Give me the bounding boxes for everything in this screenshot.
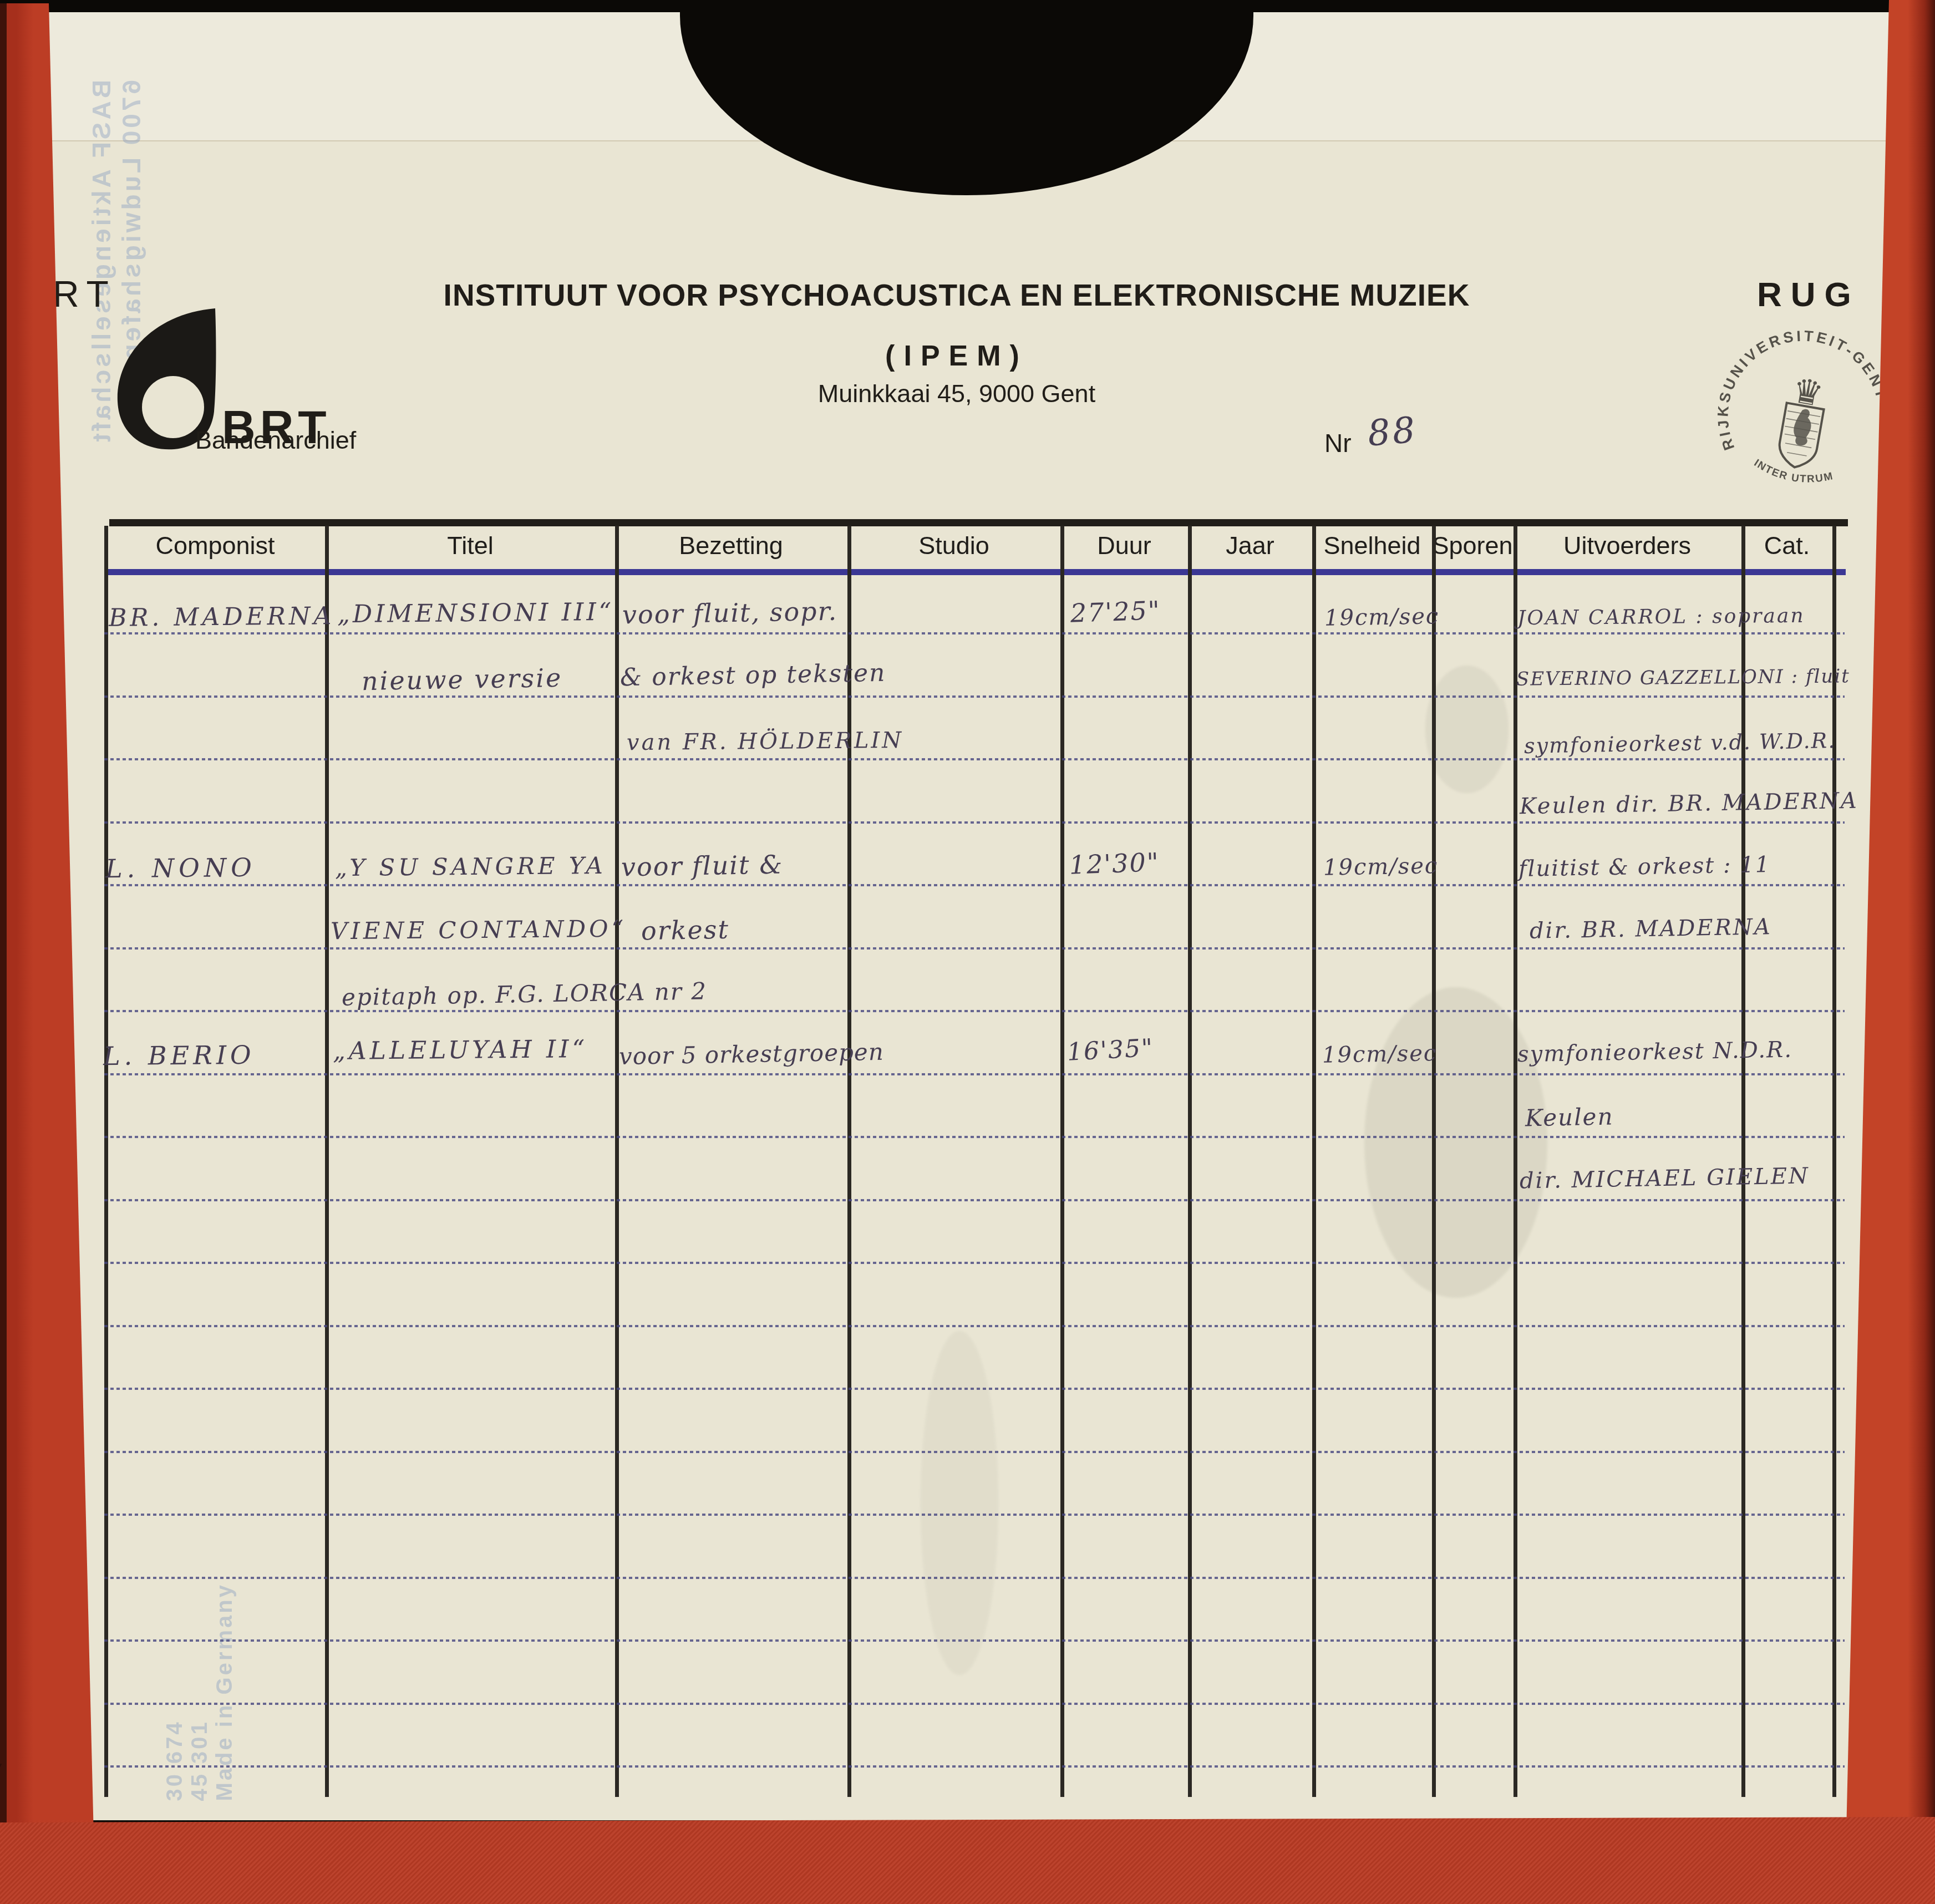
ruled-dotted-line (104, 947, 1845, 950)
handwritten-uitvoerders-row1-line1: JOAN CARROL : sopraan (1517, 605, 1805, 630)
ruled-dotted-line (104, 1639, 1845, 1642)
scanned-tape-box-card: BASF Aktiengesellschaft 6700 Ludwigshafe… (0, 0, 1935, 1904)
box-bottom-edge (0, 1817, 1935, 1904)
handwritten-uitvoerders-row1-line2: SEVERINO GAZZELLONI : fluit (1516, 665, 1850, 690)
flap-partial-brand-label: RT (53, 273, 116, 315)
handwritten-bezetting-row1-line3: van FR. HÖLDERLIN (627, 728, 904, 755)
paper-stain (1364, 987, 1547, 1298)
handwritten-duur-row3-line1: 16'35" (1066, 1034, 1155, 1067)
column-separator-line (1741, 526, 1745, 1797)
ruled-dotted-line (104, 821, 1845, 824)
ruled-dotted-line (104, 1703, 1845, 1705)
ruled-dotted-line (104, 1388, 1845, 1390)
column-header-jaar: Jaar (1226, 531, 1274, 560)
archive-label: Bandenarchief (195, 426, 356, 455)
paper-stain (1425, 666, 1509, 793)
handwritten-titel-row2-line2: VIENE CONTANDO“ (331, 915, 627, 945)
handwritten-bezetting-row2-line1: voor fluit & (621, 849, 784, 882)
handwritten-duur-row2-line1: 12'30" (1069, 847, 1160, 880)
watermark-made-in-germany: 30 67445 301Made in Germany (162, 1458, 237, 1801)
institute-address: Muinkkaai 45, 9000 Gent (818, 379, 1095, 408)
column-header-bezetting: Bezetting (679, 531, 783, 560)
handwritten-bezetting-row1-line1: voor fluit, sopr. (622, 596, 838, 630)
ruled-dotted-line (104, 1577, 1845, 1579)
ruled-dotted-line (104, 884, 1845, 886)
ruled-dotted-line (104, 1073, 1845, 1075)
column-separator-line (1060, 526, 1064, 1797)
column-header-cat: Cat. (1764, 531, 1810, 560)
table-header-underline (104, 569, 1846, 575)
ruled-dotted-line (104, 1514, 1845, 1516)
watermark-line: Made in Germany (212, 1458, 237, 1801)
handwritten-snelheid-row1-line1: 19cm/sec (1324, 603, 1440, 631)
number-label: Nr (1324, 428, 1352, 458)
handwritten-componist-row3-line1: L. BERIO (103, 1040, 255, 1071)
column-header-componist: Componist (155, 531, 275, 560)
handwritten-componist-row2-line1: L. NONO (105, 852, 256, 884)
column-header-snelheid: Snelheid (1323, 531, 1420, 560)
handwritten-snelheid-row2-line1: 19cm/sec (1323, 853, 1439, 881)
ruled-dotted-line (104, 1765, 1845, 1768)
corner-label-rug: RUG (1757, 275, 1860, 314)
column-separator-line (1514, 526, 1517, 1797)
box-corner-fold (0, 1764, 128, 1904)
paper-stain (921, 1331, 998, 1675)
handwritten-uitvoerders-row2-line2: dir. BR. MADERNA (1530, 914, 1772, 944)
column-separator-line (104, 526, 108, 1797)
watermark-line: 30 674 (162, 1458, 187, 1801)
table-top-border (109, 519, 1848, 526)
handwritten-uitvoerders-row3-line1: symfonieorkest N.D.R. (1517, 1037, 1793, 1068)
watermark-line: 45 301 (187, 1458, 212, 1801)
handwritten-titel-row1-line2: nieuwe versie (362, 663, 563, 696)
column-separator-line (1432, 526, 1436, 1797)
column-separator-line (1188, 526, 1192, 1797)
column-separator-line (847, 526, 851, 1797)
number-value-handwritten: 88 (1366, 409, 1419, 455)
column-header-studio: Studio (918, 531, 989, 560)
column-separator-line (325, 526, 329, 1797)
column-separator-line (1832, 526, 1836, 1797)
ruled-dotted-line (104, 1199, 1845, 1201)
handwritten-titel-row1-line1: „DIMENSIONI III“ (337, 598, 614, 628)
ruled-dotted-line (104, 1325, 1845, 1327)
column-header-titel: Titel (447, 531, 493, 560)
handwritten-bezetting-row1-line2: & orkest op teksten (620, 659, 886, 692)
handwritten-bezetting-row3-line1: voor 5 orkestgroepen (619, 1038, 885, 1070)
column-header-sporen: Sporen (1432, 531, 1512, 560)
handwritten-componist-row1-line1: BR. MADERNA (109, 602, 335, 632)
handwritten-uitvoerders-row3-line3: dir. MICHAEL GIELEN (1520, 1163, 1810, 1194)
handwritten-bezetting-row2-line2: orkest (641, 915, 730, 946)
ruled-dotted-line (104, 1262, 1845, 1264)
column-separator-line (1312, 526, 1316, 1797)
column-separator-line (615, 526, 619, 1797)
ruled-dotted-line (104, 758, 1845, 760)
handwritten-uitvoerders-row3-line2: Keulen (1525, 1103, 1614, 1132)
institute-abbr: (IPEM) (885, 339, 1028, 373)
handwritten-uitvoerders-row2-line1: fluitist & orkest : 11 (1518, 852, 1771, 882)
handwritten-titel-row3-line1: „ALLELUYAH II“ (333, 1035, 588, 1065)
handwritten-snelheid-row3-line1: 19cm/sec (1322, 1040, 1438, 1068)
handwritten-titel-row2-line1: „Y SU SANGRE YA (335, 852, 606, 881)
column-header-uitvoerders: Uitvoerders (1563, 531, 1691, 560)
column-header-duur: Duur (1097, 531, 1151, 560)
institute-title: INSTITUUT VOOR PSYCHOACUSTICA EN ELEKTRO… (444, 277, 1470, 313)
ruled-dotted-line (104, 632, 1845, 634)
ruled-dotted-line (104, 1136, 1845, 1138)
handwritten-duur-row1-line1: 27'25" (1070, 595, 1161, 628)
ruled-dotted-line (104, 1451, 1845, 1453)
